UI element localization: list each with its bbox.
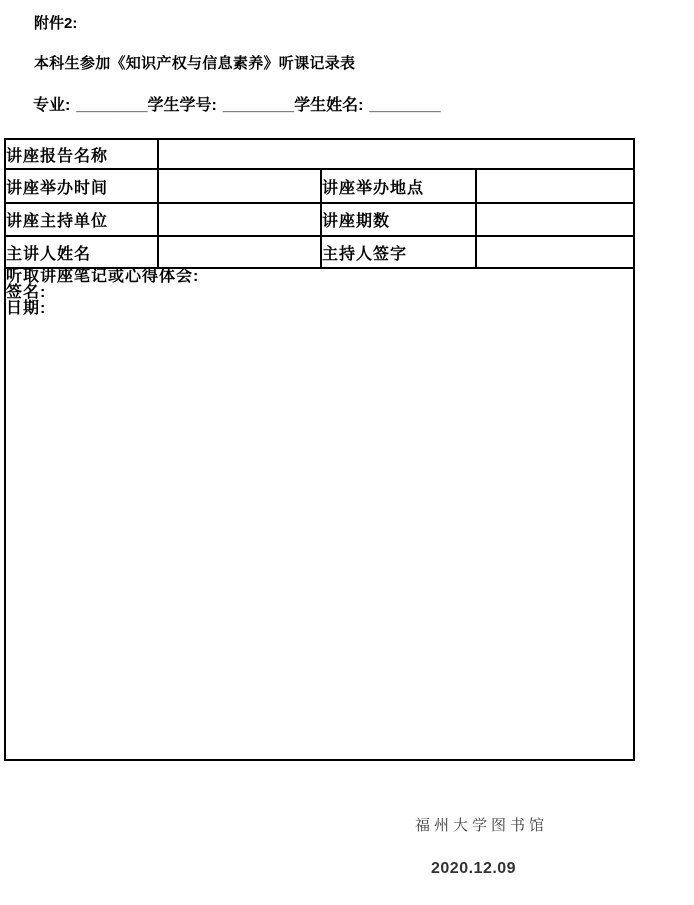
- student-name-label: 学生姓名:: [294, 97, 363, 114]
- student-id-blank-line: ________: [223, 97, 294, 114]
- notes-prompt-label: 听取讲座笔记或心得体会:: [6, 269, 633, 285]
- session-number-value-cell: [476, 203, 634, 236]
- document-title: 本科生参加《知识产权与信息素养》听课记录表: [34, 54, 355, 74]
- session-number-label: 讲座期数: [321, 203, 476, 236]
- notes-cell: 听取讲座笔记或心得体会: 签名: 日期:: [5, 268, 634, 760]
- footer-organization: 福州大学图书馆: [415, 817, 548, 835]
- lecture-title-value-cell: [158, 139, 634, 169]
- lecture-record-table: 讲座报告名称 讲座举办时间 讲座举办地点 讲座主持单位 讲座期数 主讲人姓名 主…: [4, 138, 635, 761]
- moderator-signature-label: 主持人签字: [321, 236, 476, 268]
- lecture-location-value-cell: [476, 169, 634, 203]
- lecture-title-label: 讲座报告名称: [5, 139, 158, 169]
- student-name-blank-line: ________: [369, 97, 440, 114]
- lecture-time-value-cell: [158, 169, 321, 203]
- lecture-location-label: 讲座举办地点: [321, 169, 476, 203]
- table-row: 主讲人姓名 主持人签字: [5, 236, 634, 268]
- speaker-name-label: 主讲人姓名: [5, 236, 158, 268]
- lecture-time-label: 讲座举办时间: [5, 169, 158, 203]
- moderator-signature-value-cell: [476, 236, 634, 268]
- table-row: 讲座报告名称: [5, 139, 634, 169]
- student-info-line: 专业:________学生学号:________学生姓名:________: [33, 95, 441, 117]
- speaker-name-value-cell: [158, 236, 321, 268]
- major-label: 专业:: [33, 97, 70, 114]
- attachment-label: 附件2:: [34, 14, 77, 34]
- signature-label: 签名:: [6, 285, 633, 301]
- date-label: 日期:: [6, 301, 633, 317]
- student-id-label: 学生学号:: [148, 97, 217, 114]
- table-row: 听取讲座笔记或心得体会: 签名: 日期:: [5, 268, 634, 760]
- host-unit-label: 讲座主持单位: [5, 203, 158, 236]
- major-blank-line: ________: [76, 97, 147, 114]
- footer-date: 2020.12.09: [431, 859, 516, 878]
- table-row: 讲座举办时间 讲座举办地点: [5, 169, 634, 203]
- host-unit-value-cell: [158, 203, 321, 236]
- table-row: 讲座主持单位 讲座期数: [5, 203, 634, 236]
